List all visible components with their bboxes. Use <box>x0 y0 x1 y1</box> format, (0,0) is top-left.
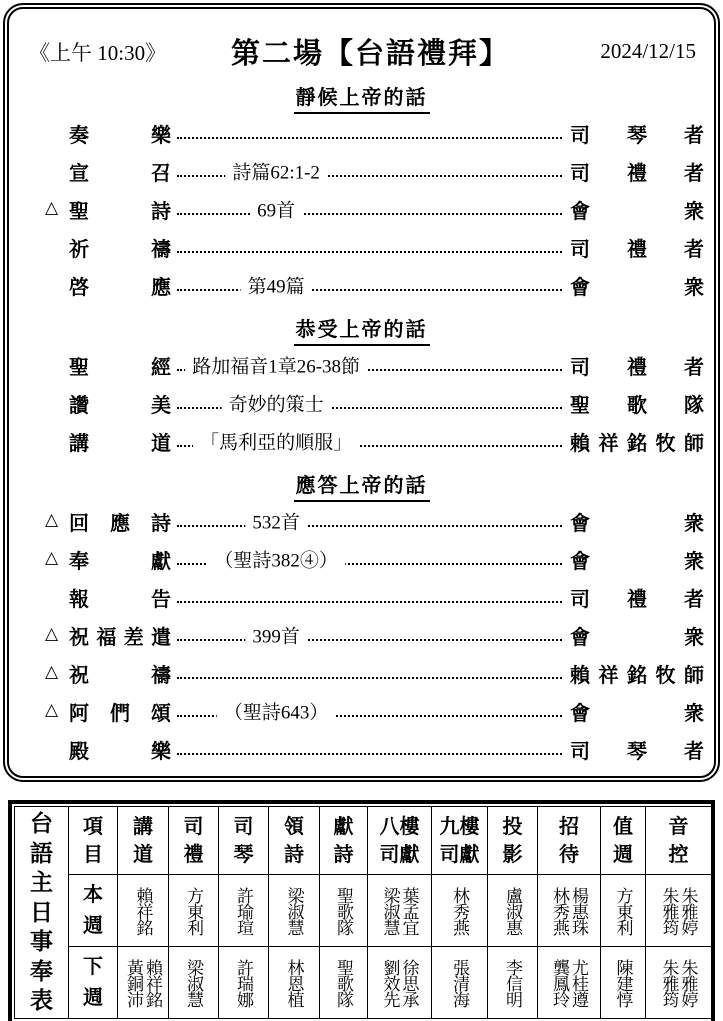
triangle-marker: △ <box>45 662 58 682</box>
program-item-detail: 「馬利亞的順服」 <box>193 428 359 455</box>
program-row: 祈禱 司禮者 <box>9 228 714 266</box>
program-item-name: 祈禱 <box>69 233 171 262</box>
program-item-role: 賴祥銘牧師 <box>570 427 704 456</box>
program-item-role: 司琴者 <box>570 119 704 148</box>
triangle-marker: △ <box>45 700 58 720</box>
table-row: 本 週 賴祥銘 方東利 許瑜瑄 梁淑慧 聖歌隊 葉孟宜梁淑慧 林秀燕 盧淑惠 楊… <box>15 875 712 947</box>
triangle-marker: △ <box>45 624 58 644</box>
program-item-role: 會衆 <box>570 621 704 650</box>
bulletin-page: 《上午 10:30》 第二場【台語禮拜】 2024/12/15 靜候上帝的話 奏… <box>0 0 723 1021</box>
duty-cell: 方東利 <box>169 875 219 947</box>
program-row: 奏樂 司琴者 <box>9 114 714 152</box>
duty-cell: 張清海 <box>432 947 488 1019</box>
program-row: 殿樂 司琴者 <box>9 730 714 768</box>
duty-cell: 聖歌隊 <box>320 947 368 1019</box>
dot-leader <box>177 289 562 291</box>
program-item-name: 聖經 <box>69 351 171 380</box>
table-row: 下 週 賴祥銘黃銅沛 梁淑慧 許瑞娜 林恩植 聖歌隊 徐思承劉效先 張清海 李信… <box>15 947 712 1019</box>
duty-column-header: 投 影 <box>488 807 538 875</box>
program-item-role: 聖歌隊 <box>570 389 704 418</box>
duty-roster-table: 台 語 主 日 事 奉 表 項 目 講 道 司 禮 司 琴 領 詩 獻 詩 八樓… <box>8 800 715 1021</box>
duty-cell: 朱雅婷朱雅筠 <box>646 947 712 1019</box>
program-item-name: 宣召 <box>69 157 171 186</box>
duty-column-header: 司 琴 <box>219 807 269 875</box>
duty-column-header: 招 待 <box>538 807 601 875</box>
duty-column-header: 值 週 <box>601 807 646 875</box>
duty-cell: 賴祥銘 <box>118 875 169 947</box>
duty-cell: 李信明 <box>488 947 538 1019</box>
dot-leader <box>177 753 562 755</box>
duty-column-header: 領 詩 <box>269 807 320 875</box>
program-item-role: 司禮者 <box>570 233 704 262</box>
program-row: 講道 「馬利亞的順服」 賴祥銘牧師 <box>9 422 714 460</box>
program-item-role: 會衆 <box>570 507 704 536</box>
dot-leader <box>177 213 562 215</box>
duty-cell: 林秀燕 <box>432 875 488 947</box>
service-date: 2024/12/15 <box>544 39 696 64</box>
program-item-detail: 399首 <box>245 622 307 649</box>
program-item-role: 賴祥銘牧師 <box>570 659 704 688</box>
page-title: 第二場【台語禮拜】 <box>197 31 544 72</box>
dot-leader <box>177 251 562 253</box>
triangle-marker: △ <box>45 198 58 218</box>
duty-column-header: 音 控 <box>646 807 712 875</box>
duty-cell: 徐思承劉效先 <box>368 947 432 1019</box>
worship-program-box: 《上午 10:30》 第二場【台語禮拜】 2024/12/15 靜候上帝的話 奏… <box>3 3 720 782</box>
duty-column-header: 八樓 司獻 <box>368 807 432 875</box>
program-item-role: 司禮者 <box>570 351 704 380</box>
service-time: 《上午 10:30》 <box>29 37 197 67</box>
program-row: 聖經 路加福音1章26-38節 司禮者 <box>9 346 714 384</box>
duty-column-header: 項 目 <box>69 807 118 875</box>
program-item-detail: 詩篇62:1-2 <box>225 158 327 185</box>
program-item-role: 會衆 <box>570 545 704 574</box>
program-item-role: 司禮者 <box>570 157 704 186</box>
program-item-role: 會衆 <box>570 271 704 300</box>
dot-leader <box>177 639 562 641</box>
program-item-name: 阿們頌 <box>69 697 171 726</box>
section-heading: 應答上帝的話 <box>9 469 714 502</box>
duty-cell: 聖歌隊 <box>320 875 368 947</box>
dot-leader <box>177 677 562 679</box>
dot-leader <box>177 137 562 139</box>
program-item-name: 奏樂 <box>69 119 171 148</box>
program-item-detail: （聖詩643） <box>217 698 336 725</box>
duty-cell: 楊惠珠林秀燕 <box>538 875 601 947</box>
duty-column-header: 獻 詩 <box>320 807 368 875</box>
program-row: 啓應 第49篇 會衆 <box>9 266 714 304</box>
section-heading: 靜候上帝的話 <box>9 81 714 114</box>
program-item-detail: 532首 <box>245 508 307 535</box>
program-item-role: 會衆 <box>570 195 704 224</box>
program-item-detail: （聖詩382④） <box>207 546 345 573</box>
program-item-name: 殿樂 <box>69 735 171 764</box>
duty-row-label: 本 週 <box>69 875 118 947</box>
duty-cell: 葉孟宜梁淑慧 <box>368 875 432 947</box>
duty-table-title: 台 語 主 日 事 奉 表 <box>15 807 69 1019</box>
program-row: △ 奉獻 （聖詩382④） 會衆 <box>9 540 714 578</box>
duty-cell: 方東利 <box>601 875 646 947</box>
program-item-detail: 69首 <box>250 196 302 223</box>
program-row: △ 祝禱 賴祥銘牧師 <box>9 654 714 692</box>
section-heading: 恭受上帝的話 <box>9 313 714 346</box>
program-item-name: 奉獻 <box>69 545 171 574</box>
duty-row-label: 下 週 <box>69 947 118 1019</box>
triangle-marker: △ <box>45 510 58 530</box>
program-item-role: 會衆 <box>570 697 704 726</box>
program-item-name: 啓應 <box>69 271 171 300</box>
program-row: △ 聖詩 69首 會衆 <box>9 190 714 228</box>
program-item-detail: 路加福音1章26-38節 <box>185 352 367 379</box>
duty-column-header: 講 道 <box>118 807 169 875</box>
duty-column-header: 九樓 司獻 <box>432 807 488 875</box>
program-header: 《上午 10:30》 第二場【台語禮拜】 2024/12/15 <box>9 9 714 72</box>
duty-cell: 朱雅婷朱雅筠 <box>646 875 712 947</box>
program-item-name: 講道 <box>69 427 171 456</box>
program-item-role: 司禮者 <box>570 583 704 612</box>
triangle-marker: △ <box>45 548 58 568</box>
duty-cell: 盧淑惠 <box>488 875 538 947</box>
program-row: △ 祝福差遣 399首 會衆 <box>9 616 714 654</box>
duty-cell: 陳建惇 <box>601 947 646 1019</box>
program-item-role: 司琴者 <box>570 735 704 764</box>
program-row: △ 阿們頌 （聖詩643） 會衆 <box>9 692 714 730</box>
program-row: 報告 司禮者 <box>9 578 714 616</box>
duty-cell: 梁淑慧 <box>169 947 219 1019</box>
program-item-name: 報告 <box>69 583 171 612</box>
program-row: △ 回應詩 532首 會衆 <box>9 502 714 540</box>
program-item-name: 聖詩 <box>69 195 171 224</box>
program-item-detail: 第49篇 <box>241 272 312 299</box>
program-item-name: 祝福差遣 <box>69 621 171 650</box>
program-row: 宣召 詩篇62:1-2 司禮者 <box>9 152 714 190</box>
program-item-name: 回應詩 <box>69 507 171 536</box>
duty-cell: 賴祥銘黃銅沛 <box>118 947 169 1019</box>
program-item-name: 讚美 <box>69 389 171 418</box>
dot-leader <box>177 601 562 603</box>
duty-cell: 許瑞娜 <box>219 947 269 1019</box>
duty-column-header: 司 禮 <box>169 807 219 875</box>
duty-cell: 許瑜瑄 <box>219 875 269 947</box>
duty-cell: 林恩植 <box>269 947 320 1019</box>
duty-cell: 尤桂遵龔鳳玲 <box>538 947 601 1019</box>
program-row: 讚美 奇妙的策士 聖歌隊 <box>9 384 714 422</box>
program-item-detail: 奇妙的策士 <box>222 390 331 417</box>
duty-cell: 梁淑慧 <box>269 875 320 947</box>
program-item-name: 祝禱 <box>69 659 171 688</box>
dot-leader <box>177 525 562 527</box>
